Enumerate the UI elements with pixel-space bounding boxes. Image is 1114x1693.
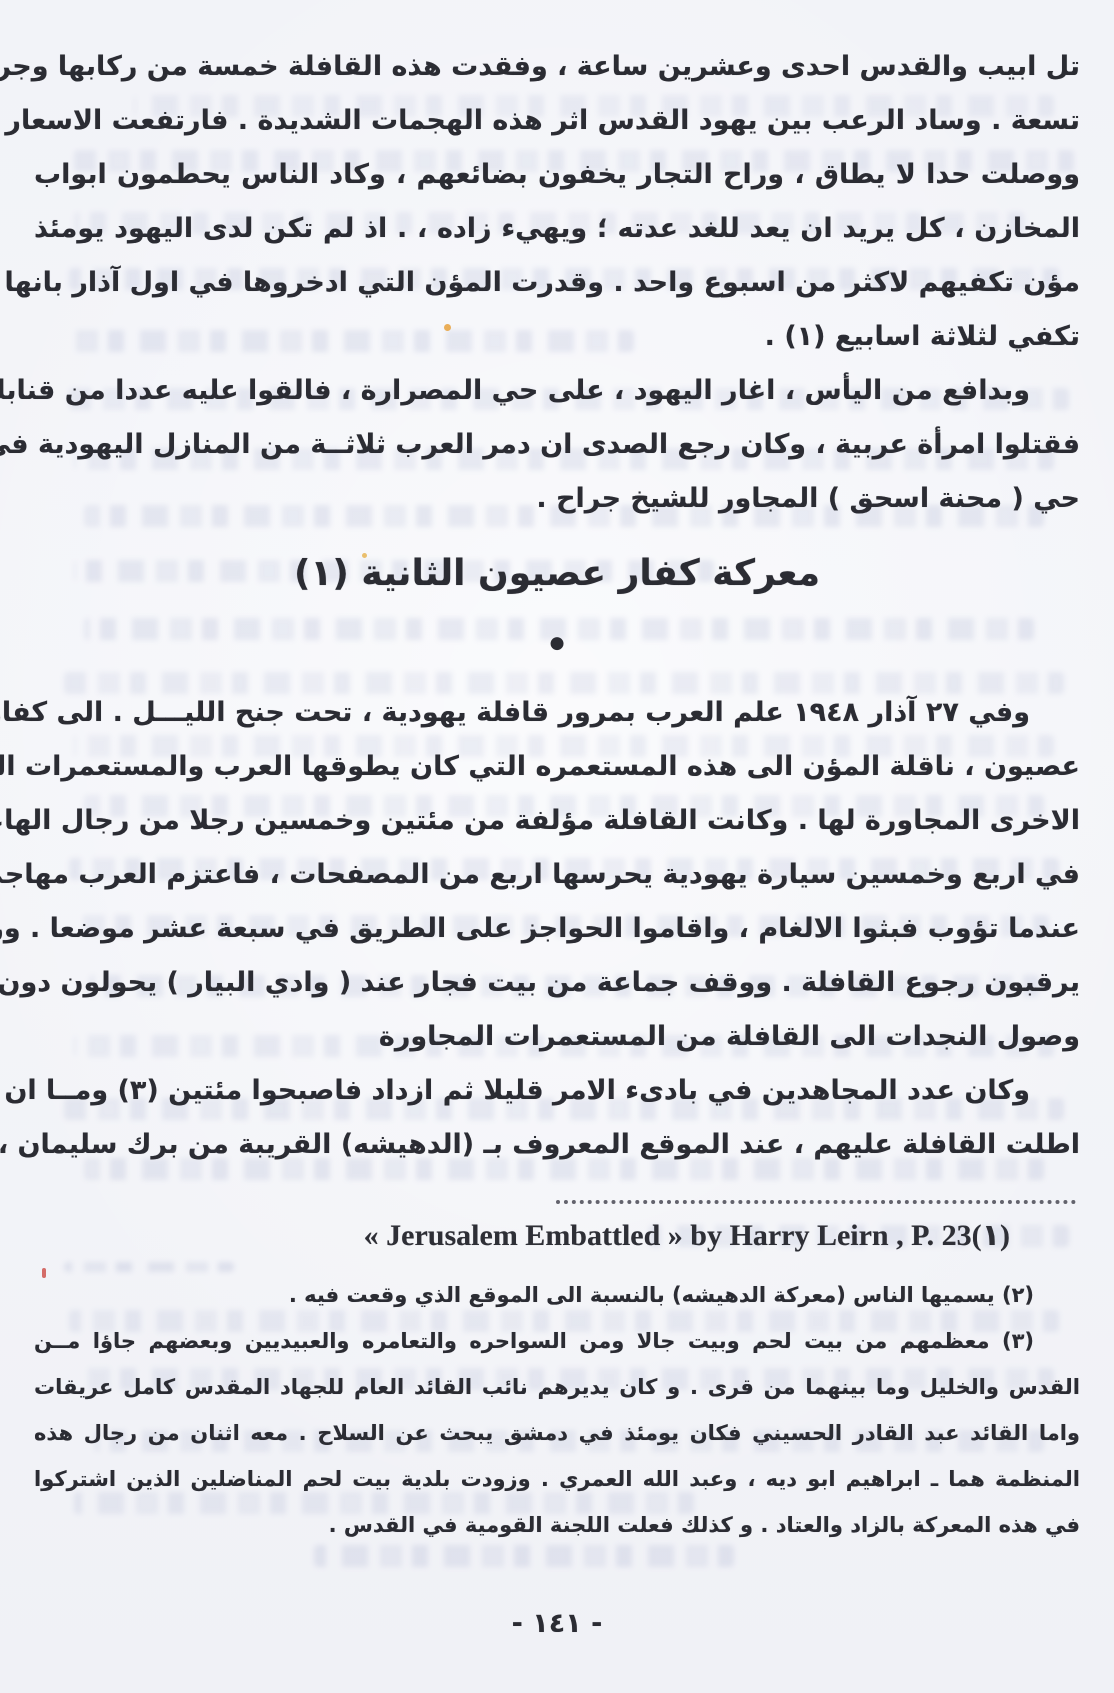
footnote-2-line: (٢) يسميها الناس (معركة الدهيشه) بالنسبة… <box>34 1272 1080 1318</box>
paragraph-2: وبدافع من اليأس ، اغار اليهود ، على حي ا… <box>34 364 1080 526</box>
paragraph-4: وكان عدد المجاهدين في بادىء الامر قليلا … <box>34 1064 1080 1172</box>
footnotes-block: (٢) يسميها الناس (معركة الدهيشه) بالنسبة… <box>34 1272 1080 1548</box>
body-line: وكان عدد المجاهدين في بادىء الامر قليلا … <box>34 1064 1080 1118</box>
paragraph-3: وفي ٢٧ آذار ١٩٤٨ علم العرب بمرور قافلة ي… <box>34 686 1080 1064</box>
scanned-book-page: تل ابيب والقدس احدى وعشرين ساعة ، وفقدت … <box>0 0 1114 1693</box>
page-number: - ١٤١ - <box>34 1604 1080 1644</box>
paragraph-1: تل ابيب والقدس احدى وعشرين ساعة ، وفقدت … <box>34 40 1080 364</box>
body-line: تكفي لثلاثة اسابيع (١) . <box>34 310 1080 364</box>
body-line: وصول النجدات الى القافلة من المستعمرات ا… <box>34 1010 1080 1064</box>
body-line: فقتلوا امرأة عربية ، وكان رجع الصدى ان د… <box>34 418 1080 472</box>
footnote-3-line: المنظمة هما ـ ابراهيم ابو ديه ، وعبد الل… <box>34 1456 1080 1502</box>
body-line: في اربع وخمسين سيارة يهودية يحرسها اربع … <box>34 848 1080 902</box>
page-content: تل ابيب والقدس احدى وعشرين ساعة ، وفقدت … <box>0 0 1114 1644</box>
body-line: عندما تؤوب فبثوا الالغام ، واقاموا الحوا… <box>34 902 1080 956</box>
body-line: وفي ٢٧ آذار ١٩٤٨ علم العرب بمرور قافلة ي… <box>34 686 1080 740</box>
body-line: تسعة . وساد الرعب بين يهود القدس اثر هذه… <box>34 94 1080 148</box>
section-divider-dot-icon: ● <box>34 634 1080 652</box>
body-line: مؤن تكفيهم لاكثر من اسبوع واحد . وقدرت ا… <box>34 256 1080 310</box>
footnote-3-line: القدس والخليل وما بينهما من قرى . و كان … <box>34 1364 1080 1410</box>
section-heading: معركة كفار عصيون الثانية (١) <box>34 548 1080 600</box>
footnote-english-reference: « Jerusalem Embattled » by Harry Leirn ,… <box>34 1214 1080 1258</box>
footnote-separator <box>556 1200 1076 1204</box>
body-line: ووصلت حدا لا يطاق ، وراح التجار يخفون بض… <box>34 148 1080 202</box>
footnote-3-line: في هذه المعركة بالزاد والعتاد . و كذلك ف… <box>34 1502 1080 1548</box>
body-line: تل ابيب والقدس احدى وعشرين ساعة ، وفقدت … <box>34 40 1080 94</box>
footnote-3-line: واما القائد عبد القادر الحسيني فكان يومئ… <box>34 1410 1080 1456</box>
body-line: يرقبون رجوع القافلة . ووقف جماعة من بيت … <box>34 956 1080 1010</box>
body-line: عصيون ، ناقلة المؤن الى هذه المستعمره ال… <box>34 740 1080 794</box>
body-line: اطلت القافلة عليهم ، عند الموقع المعروف … <box>34 1118 1080 1172</box>
body-line: المخازن ، كل يريد ان يعد للغد عدته ؛ ويه… <box>34 202 1080 256</box>
body-line: وبدافع من اليأس ، اغار اليهود ، على حي ا… <box>34 364 1080 418</box>
body-line: الاخرى المجاورة لها . وكانت القافلة مؤلف… <box>34 794 1080 848</box>
footnote-3-line: (٣) معظمهم من بيت لحم وبيت جالا ومن السو… <box>34 1318 1080 1364</box>
body-line: حي ( محنة اسحق ) المجاور للشيخ جراح . <box>34 472 1080 526</box>
